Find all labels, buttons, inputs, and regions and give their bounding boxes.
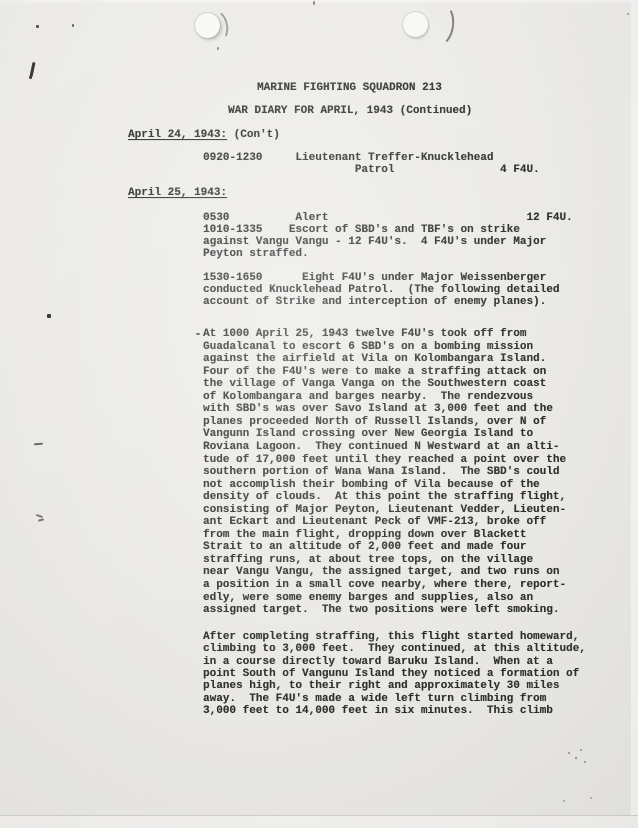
- entry-line: conducted Knucklehead Patrol. (The follo…: [203, 284, 559, 296]
- hole-punch-left-smudge-icon: [203, 8, 231, 44]
- paragraph-line: assigned target. The two positions were …: [203, 604, 559, 616]
- paragraph-line: consisting of Major Peyton, Lieutenant V…: [203, 504, 566, 516]
- paragraph-line: Guadalcanal to escort 6 SBD's on a bombi…: [203, 341, 533, 353]
- paragraph-line: planes high, to their right and approxim…: [203, 680, 559, 692]
- hole-punch-right-icon: [403, 12, 428, 37]
- date-heading-underlined: April 24, 1943:: [128, 129, 227, 141]
- ink-speck: [584, 761, 586, 763]
- paragraph-line: near Vangu Vangu, the assigned target, a…: [203, 566, 559, 578]
- pen-mark-slash: [29, 62, 35, 77]
- entry-line: 0920-1230 Lieutenant Treffer-Knucklehead: [203, 152, 493, 164]
- paragraph-line: Strait to an altitude of 2,000 feet and …: [203, 541, 526, 553]
- paragraph-line: a position in a small cove nearby, where…: [203, 579, 566, 591]
- ink-speck: [580, 749, 582, 751]
- page-bottom-edge-band: [0, 816, 638, 828]
- entry-line: account of Strike and interception of en…: [203, 296, 546, 308]
- doc-title-squadron: MARINE FIGHTING SQUADRON 213: [257, 82, 442, 94]
- ink-speck: [563, 800, 565, 802]
- date-heading: April 25, 1943:: [128, 187, 227, 199]
- paragraph-line: At 1000 April 25, 1943 twelve F4U's took…: [203, 328, 526, 340]
- ink-speck: [72, 24, 74, 27]
- ink-speck: [568, 752, 570, 754]
- paragraph-line: away. The F4U's made a wide left turn cl…: [203, 693, 546, 705]
- ink-speck: [627, 13, 629, 15]
- paragraph-line: edly, were some enemy barges and supplie…: [203, 592, 533, 604]
- paragraph-line: Four of the F4U's were to make a straffi…: [203, 366, 546, 378]
- entry-line: 0530 Alert 12 F4U.: [203, 212, 573, 224]
- paragraph-line: Vangunn Island crossing over New Georgia…: [203, 428, 533, 440]
- ink-speck-dash: [196, 333, 200, 335]
- paragraph-line: not accomplish their bombing of Vila bec…: [203, 479, 540, 491]
- paragraph-line: straffing runs, at about tree tops, on t…: [203, 554, 533, 566]
- paragraph-line: in a course directly toward Baruku Islan…: [203, 656, 553, 668]
- paragraph-line: 3,000 feet to 14,000 feet in six minutes…: [203, 705, 553, 717]
- paragraph-line: density of clouds. At this point the str…: [203, 491, 566, 503]
- paragraph-line: climbing to 3,000 feet. They continued, …: [203, 643, 586, 655]
- paragraph-line: tude of 17,000 feet until they reached a…: [203, 454, 566, 466]
- pen-mark-dash: [34, 443, 43, 446]
- pen-mark-scribble: [38, 518, 44, 521]
- entry-line: against Vangu Vangu - 12 F4U's. 4 F4U's …: [203, 236, 546, 248]
- paragraph-line: Roviana Lagoon. They continued N Westwar…: [203, 441, 559, 453]
- paragraph-line: from the main flight, dropping down over…: [203, 529, 526, 541]
- entry-line: Peyton straffed.: [203, 248, 309, 260]
- ink-speck: [590, 797, 592, 799]
- paragraph-line: planes proceeded North of Russell Island…: [203, 416, 546, 428]
- ink-speck-square: [47, 314, 51, 318]
- entry-line: Patrol 4 F4U.: [203, 164, 540, 176]
- paragraph-line: with SBD's was over Savo Island at 3,000…: [203, 403, 553, 415]
- pen-mark-scribble: [36, 514, 43, 518]
- ink-speck: [36, 25, 39, 28]
- paragraph-line: After completing straffing, this flight …: [203, 631, 579, 643]
- doc-title-diary: WAR DIARY FOR APRIL, 1943 (Continued): [228, 105, 472, 117]
- hole-punch-right-crescent-icon: [425, 2, 457, 47]
- paragraph-line: southern portion of Wana Wana Island. Th…: [203, 466, 559, 478]
- paragraph-line: ant Eckart and Lieutenant Peck of VMF-21…: [203, 516, 546, 528]
- date-heading-note: (Con't): [227, 129, 280, 141]
- page-right-edge: [631, 0, 638, 828]
- date-heading: April 24, 1943: (Con't): [128, 129, 280, 141]
- pen-mark-dot: [29, 76, 32, 79]
- paragraph-line: against the airfield at Vila on Kolomban…: [203, 353, 546, 365]
- paragraph-line: point South of Vangunu Island they notic…: [203, 668, 579, 680]
- paragraph-line: the village of Vanga Vanga on the Southw…: [203, 378, 546, 390]
- page-top-edge: [0, 0, 638, 3]
- ink-speck: [313, 1, 315, 5]
- scanned-document-page: MARINE FIGHTING SQUADRON 213WAR DIARY FO…: [0, 0, 638, 828]
- ink-speck: [575, 757, 577, 759]
- date-heading-underlined: April 25, 1943:: [128, 187, 227, 199]
- entry-line: 1530-1650 Eight F4U's under Major Weisse…: [203, 272, 546, 284]
- ink-speck: [217, 47, 219, 50]
- paragraph-line: of Kolombangara and barges nearby. The r…: [203, 391, 533, 403]
- entry-line: 1010-1335 Escort of SBD's and TBF's on s…: [203, 224, 520, 236]
